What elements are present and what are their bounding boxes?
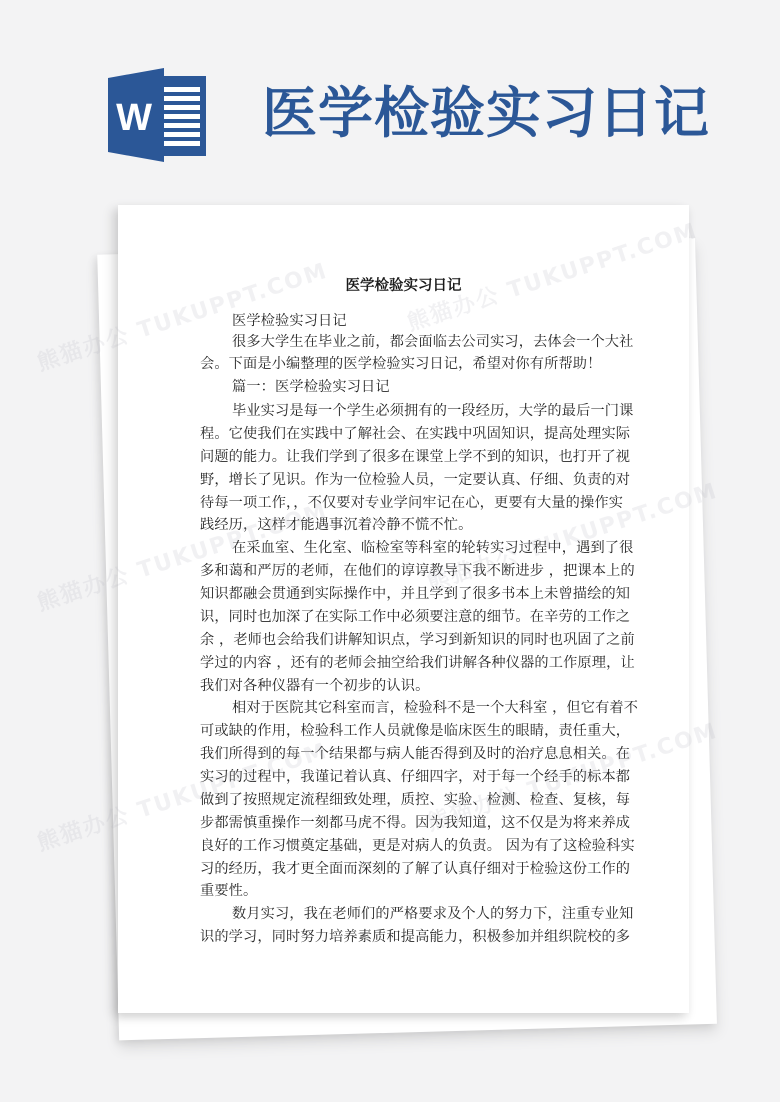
paragraph-line: 相对于医院其它科室而言，检验科不是一个大科室 ，但它有着不	[232, 698, 638, 718]
paragraph-line: 待每一项工作，，不仅要对专业学问牢记在心，更要有大量的操作实	[200, 493, 623, 513]
paragraph-line: 习的经历，我才更全面而深刻的了解了认真仔细对于检验这份工作的	[200, 859, 630, 879]
paragraph-line: 做到了按照规定流程细致处理，质控、实验、检测、检查、复核，每	[200, 790, 630, 810]
paragraph-line: 识，同时也加深了在实际工作中必须要注意的细节。在辛劳的工作之	[200, 607, 630, 627]
document-title: 医学检验实习日记	[118, 276, 689, 296]
paragraph-line: 篇一：医学检验实习日记	[232, 377, 390, 397]
banner: W 医学检验实习日记	[0, 0, 780, 200]
paragraph-line: 医学检验实习日记	[232, 311, 347, 331]
paragraph-line: 数月实习，我在老师们的严格要求及个人的努力下，注重专业知	[232, 904, 633, 924]
paragraph-line: 重要性。	[200, 881, 257, 901]
paragraph-line: 余 ，老师也会给我们讲解知识点，学习到新知识的同时也巩固了之前	[200, 630, 635, 650]
svg-text:W: W	[116, 97, 152, 139]
paragraph-line: 毕业实习是每一个学生必须拥有的一段经历，大学的最后一门课	[232, 401, 633, 421]
paragraph-line: 实习的过程中，我谨记着认真、仔细四字，对于每一个经手的标本都	[200, 767, 630, 787]
word-document-icon: W	[108, 68, 208, 162]
paragraph-line: 我们所得到的每一个结果都与病人能否得到及时的治疗息息相关。在	[200, 744, 630, 764]
paragraph-line: 很多大学生在毕业之前，都会面临去公司实习，去体会一个大社	[232, 332, 633, 352]
paragraph-line: 在采血室、生化室、临检室等科室的轮转实习过程中，遇到了很	[232, 538, 633, 558]
paragraph-line: 知识都融会贯通到实际操作中，并且学到了很多书本上未曾描绘的知	[200, 584, 630, 604]
paragraph-line: 野，增长了见识。作为一位检验人员，一定要认真、仔细、负责的对	[200, 470, 630, 490]
paragraph-line: 良好的工作习惯奠定基础，更是对病人的负责。 因为有了这检验科实	[200, 836, 635, 856]
paragraph-line: 程。它使我们在实践中了解社会、在实践中巩固知识，提高处理实际	[200, 424, 630, 444]
paragraph-line: 识的学习，同时努力培养素质和提高能力，积极参加并组织院校的多	[200, 927, 630, 947]
banner-title: 医学检验实习日记	[262, 78, 710, 148]
paragraph-line: 步都需慎重操作一刻都马虎不得。因为我知道，这不仅是为将来养成	[200, 813, 630, 833]
paragraph-line: 可或缺的作用，检验科工作人员就像是临床医生的眼睛，责任重大，	[200, 721, 630, 741]
paragraph-line: 问题的能力。让我们学到了很多在课堂上学不到的知识，也打开了视	[200, 447, 630, 467]
paragraph-line: 践经历，这样才能遇事沉着冷静不慌不忙。	[200, 515, 472, 535]
paragraph-line: 学过的内容 ，还有的老师会抽空给我们讲解各种仪器的工作原理，让	[200, 653, 635, 673]
paragraph-line: 我们对各种仪器有一个初步的认识。	[200, 676, 429, 696]
paragraph-line: 会。下面是小编整理的医学检验实习日记，希望对你有所帮助！	[200, 354, 601, 374]
document-page: 医学检验实习日记 医学检验实习日记很多大学生在毕业之前，都会面临去公司实习，去体…	[118, 205, 689, 1013]
paragraph-line: 多和蔼和严厉的老师，在他们的谆谆教导下我不断进步 ，把课本上的	[200, 561, 635, 581]
